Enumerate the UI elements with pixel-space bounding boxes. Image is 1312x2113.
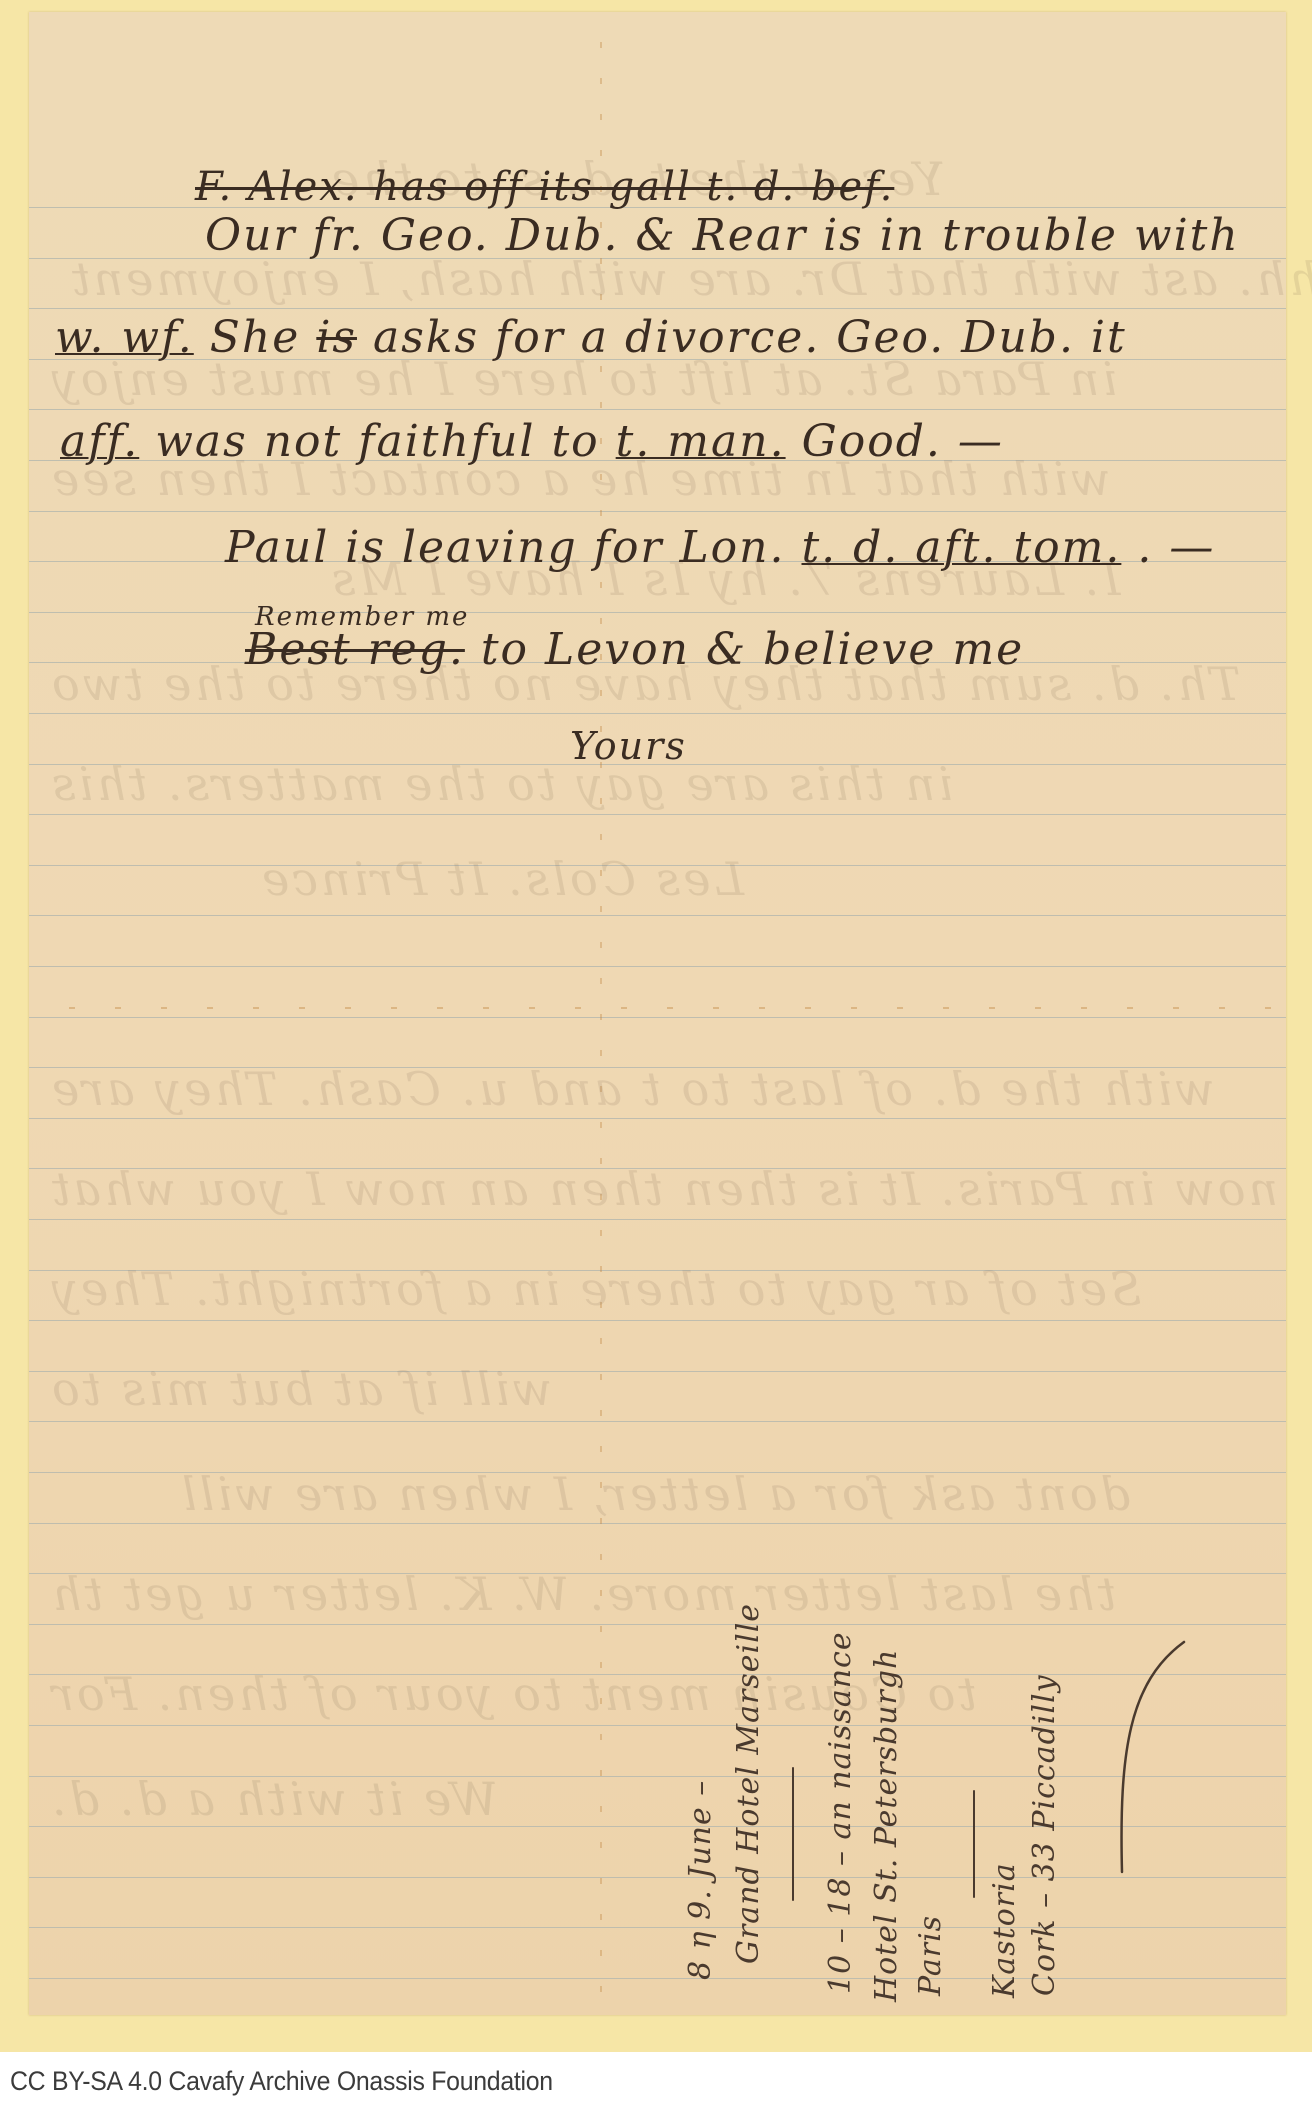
margin-note-hotel-st-petersburgh: Hotel St. Petersburgh [869,1649,904,2002]
line4-end: Good. — [802,416,1004,467]
ruled-line [29,915,1286,916]
ghost-line: dont ask for a letter, I when are will [179,1467,1130,1521]
line5-end: . — [1137,522,1215,573]
abbrev-w-wf: w. wf. [55,312,194,363]
margin-note-date: 8 η 9. June – [683,1780,718,1980]
ruled-line [29,1118,1286,1119]
ruled-line [29,409,1286,410]
ghost-line: will if at but mis to [49,1362,552,1416]
letter-line-2: Our fr. Geo. Dub. & Rear is in trouble w… [205,210,1240,261]
letter-sheet: Yes at the t. d. s. to the hh. ast with … [29,12,1286,2015]
ruled-line [29,966,1286,967]
line3-rest: asks for a divorce. Geo. Dub. it [373,312,1127,363]
ruled-line [29,1523,1286,1524]
ghost-line: Les Cols. It Prince [259,852,744,906]
license-credit: CC BY-SA 4.0 Cavafy Archive Onassis Foun… [10,2066,553,2097]
word-she: She [210,312,301,363]
ghost-line: now in Paris. It is then then an now I y… [49,1162,1278,1216]
letter-line-5: Paul is leaving for Lon. t. d. aft. tom.… [225,522,1215,573]
struck-word: is [316,312,357,363]
margin-note-dates-2: 10 – 18 – an naissance [823,1631,858,1994]
ruled-line [29,308,1286,309]
ruled-line [29,713,1286,714]
abbrev-tomorrow: t. d. aft. tom. [802,522,1122,573]
ruled-line [29,1624,1286,1625]
abbrev-aff: aff. [60,416,139,467]
ruled-line [29,1978,1286,1979]
abbrev-t-man: t. man. [616,416,786,467]
margin-note-kastoria: Kastoria [987,1862,1022,1998]
horizontal-fold-line [29,1007,1286,1009]
ghost-line: the last letter more. W. K. letter u get… [49,1567,1116,1621]
ruled-line [29,1017,1286,1018]
margin-curve-stroke [1089,1632,1209,1892]
ghost-line: We it with a d. d. [49,1772,498,1826]
closing-yours: Yours [570,724,687,768]
ruled-line [29,1320,1286,1321]
ruled-line [29,1421,1286,1422]
line6-rest: to Levon & believe me [481,624,1024,675]
ruled-line [29,612,1286,613]
margin-divider [973,1790,975,1898]
margin-divider [792,1767,794,1901]
letter-line-4: aff. was not faithful to t. man. Good. — [60,416,1004,467]
struck-line-1: F. Alex. has off its gall t. d. bef. [195,164,894,210]
ruled-line [29,1927,1286,1928]
ruled-line [29,1219,1286,1220]
archival-backing: Yes at the t. d. s. to the hh. ast with … [0,0,1312,2052]
ruled-line [29,511,1286,512]
struck-best-reg: Best reg. [245,624,465,675]
letter-line-6: Best reg. to Levon & believe me [245,624,1024,675]
ghost-line: in this are gay to the matters. this [49,757,953,811]
letter-line-3: w. wf. She is asks for a divorce. Geo. D… [55,312,1127,363]
ruled-line [29,814,1286,815]
ghost-line: Set of ar gay to there in a fortnight. T… [49,1262,1142,1316]
ghost-line: with the d. of last to t and u. Cash. Th… [49,1062,1214,1116]
line4-mid: was not faithful to [155,416,599,467]
margin-note-paris: Paris [913,1915,948,1996]
line5-start: Paul is leaving for Lon. [225,522,786,573]
margin-note-grand-hotel: Grand Hotel Marseille [731,1603,766,1964]
margin-note-cork-piccadilly: Cork – 33 Piccadilly [1027,1674,1062,1996]
